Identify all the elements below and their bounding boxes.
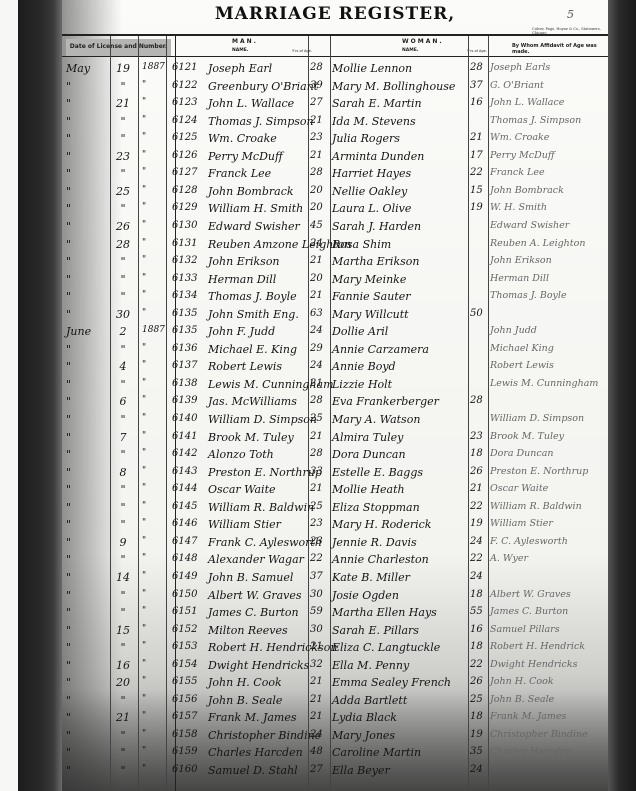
- man-name: Greenbury O'Briant: [176, 80, 318, 93]
- affidavit-by: Wm. Croake: [490, 132, 549, 143]
- entry-month: ": [66, 150, 106, 163]
- table-row: """6160Samuel D. Stahl27Ella Beyer24: [62, 762, 608, 780]
- woman-name: Kate B. Miller: [332, 571, 410, 584]
- entry-month: ": [66, 589, 106, 602]
- man-name: Herman Dill: [176, 273, 276, 286]
- entry-day: 16: [114, 659, 132, 672]
- man-name: Oscar Waite: [176, 483, 276, 496]
- entry-month: ": [66, 571, 106, 584]
- man-name: John Bombrack: [176, 185, 294, 198]
- man-age: 23: [310, 518, 330, 529]
- entry-day: ": [114, 729, 132, 742]
- entry-day: ": [114, 606, 132, 619]
- woman-name: Julia Rogers: [332, 132, 400, 145]
- table-row: """6153Robert H. Hendrickson21Eliza C. L…: [62, 639, 608, 657]
- entry-month: ": [66, 395, 106, 408]
- man-age: 28: [310, 395, 330, 406]
- affidavit-by: John Erikson: [490, 255, 552, 266]
- man-name: Albert W. Graves: [176, 589, 302, 602]
- entry-year: ": [142, 308, 166, 318]
- man-age: 32: [310, 659, 330, 670]
- entry-year: ": [142, 746, 166, 756]
- woman-age: 17: [470, 150, 490, 161]
- man-name: John L. Wallace: [176, 97, 294, 110]
- man-age: 25: [310, 501, 330, 512]
- table-row: "14"6149John B. Samuel37Kate B. Miller24: [62, 569, 608, 587]
- page-number-mark: 5: [567, 8, 574, 21]
- man-age: 24: [310, 238, 330, 249]
- entry-day: 25: [114, 185, 132, 198]
- entry-month: ": [66, 167, 106, 180]
- woman-age: 23: [470, 431, 490, 442]
- woman-name: Sarah J. Harden: [332, 220, 421, 233]
- man-name: William D. Simpson: [176, 413, 317, 426]
- man-age: 21: [310, 483, 330, 494]
- entry-day: ": [114, 483, 132, 496]
- entry-month: ": [66, 360, 106, 373]
- woman-name: Eliza Stoppman: [332, 501, 420, 514]
- man-age: 21: [310, 378, 330, 389]
- affidavit-by: Robert H. Hendrick: [490, 641, 585, 652]
- entry-year: 1887: [142, 325, 166, 335]
- man-age: 28: [310, 62, 330, 73]
- woman-name: Dora Duncan: [332, 448, 406, 461]
- entry-day: ": [114, 641, 132, 654]
- man-name: John B. Seale: [176, 694, 282, 707]
- table-row: """6151James C. Burton59Martha Ellen Hay…: [62, 604, 608, 622]
- woman-age: 55: [470, 606, 490, 617]
- entry-year: ": [142, 115, 166, 125]
- table-row: """6159Charles Harcden48Caroline Martin3…: [62, 744, 608, 762]
- entry-day: 8: [114, 466, 132, 479]
- man-age: 28: [310, 448, 330, 459]
- scan-right-edge: [608, 0, 636, 791]
- table-row: """6136Michael E. King29Annie CarzameraM…: [62, 341, 608, 359]
- man-age: 39: [310, 80, 330, 91]
- entry-year: ": [142, 676, 166, 686]
- entry-year: 1887: [142, 62, 166, 72]
- entry-year: ": [142, 413, 166, 423]
- entry-year: ": [142, 431, 166, 441]
- entry-day: ": [114, 378, 132, 391]
- man-name: James C. Burton: [176, 606, 299, 619]
- column-header-date: Date of License and Number.: [66, 39, 171, 56]
- woman-age: 21: [470, 483, 490, 494]
- man-age: 21: [310, 255, 330, 266]
- man-age: 22: [310, 553, 330, 564]
- man-name: John B. Samuel: [176, 571, 293, 584]
- entry-year: ": [142, 571, 166, 581]
- man-age: 48: [310, 746, 330, 757]
- table-row: """6129William H. Smith20Laura L. Olive1…: [62, 200, 608, 218]
- man-age: 24: [310, 360, 330, 371]
- affidavit-by: Reuben A. Leighton: [490, 238, 585, 249]
- entry-month: ": [66, 273, 106, 286]
- entry-year: ": [142, 518, 166, 528]
- affidavit-by: Thomas J. Simpson: [490, 115, 581, 126]
- entry-day: ": [114, 589, 132, 602]
- woman-name: Mary Meinke: [332, 273, 406, 286]
- affidavit-by: Albert W. Graves: [490, 589, 571, 600]
- woman-name: Mollie Lennon: [332, 62, 412, 75]
- table-row: "16"6154Dwight Hendricks32Ella M. Penny2…: [62, 657, 608, 675]
- affidavit-by: Joseph Earls: [490, 62, 550, 73]
- man-age: 37: [310, 571, 330, 582]
- affidavit-by: Herman Dill: [490, 273, 549, 284]
- woman-name: Mary A. Watson: [332, 413, 420, 426]
- man-age: 29: [310, 343, 330, 354]
- entry-day: ": [114, 764, 132, 777]
- man-age: 33: [310, 466, 330, 477]
- man-age: 21: [310, 676, 330, 687]
- entry-year: ": [142, 185, 166, 195]
- entry-year: ": [142, 641, 166, 651]
- woman-age: 24: [470, 536, 490, 547]
- man-name: Frank C. Aylesworth: [176, 536, 322, 549]
- header-rule-bottom: [62, 56, 608, 57]
- entry-day: 7: [114, 431, 132, 444]
- man-age: 21: [310, 711, 330, 722]
- man-name: Alonzo Toth: [176, 448, 274, 461]
- woman-age: 22: [470, 501, 490, 512]
- entry-day: ": [114, 290, 132, 303]
- table-row: "21"6123John L. Wallace27Sarah E. Martin…: [62, 95, 608, 113]
- column-header-man: MAN.: [232, 38, 258, 45]
- man-name: Robert Lewis: [176, 360, 282, 373]
- affidavit-by: Michael King: [490, 343, 554, 354]
- woman-name: Dollie Aril: [332, 325, 388, 338]
- column-header-affidavit: By Whom Affidavit of Age was made.: [512, 43, 608, 55]
- entry-month: ": [66, 606, 106, 619]
- man-age: 24: [310, 729, 330, 740]
- affidavit-by: William Stier: [490, 518, 553, 529]
- entry-year: ": [142, 343, 166, 353]
- man-name: Jas. McWilliams: [176, 395, 297, 408]
- entry-month: ": [66, 308, 106, 321]
- table-row: "7"6141Brook M. Tuley21Almira Tuley23Bro…: [62, 429, 608, 447]
- table-row: May1918876121Joseph Earl28Mollie Lennon2…: [62, 60, 608, 78]
- entry-year: ": [142, 729, 166, 739]
- woman-name: Arminta Dunden: [332, 150, 424, 163]
- table-row: """6127Franck Lee28Harriet Hayes22Franck…: [62, 165, 608, 183]
- man-name: Christopher Bindine: [176, 729, 321, 742]
- affidavit-by: Dwight Hendricks: [490, 659, 577, 670]
- entry-month: ": [66, 290, 106, 303]
- affidavit-by: A. Wyer: [490, 553, 528, 564]
- woman-name: Eliza C. Langtuckle: [332, 641, 440, 654]
- man-age: 27: [310, 97, 330, 108]
- woman-age: 18: [470, 589, 490, 600]
- table-row: "30"6135John Smith Eng.63Mary Willcutt50: [62, 306, 608, 324]
- entry-day: ": [114, 746, 132, 759]
- man-name: Edward Swisher: [176, 220, 300, 233]
- table-row: """6148Alexander Wagar22Annie Charleston…: [62, 551, 608, 569]
- man-name: Frank M. James: [176, 711, 297, 724]
- entry-month: ": [66, 343, 106, 356]
- entry-year: ": [142, 694, 166, 704]
- entry-year: ": [142, 589, 166, 599]
- man-age: 23: [310, 132, 330, 143]
- woman-name: Annie Carzamera: [332, 343, 429, 356]
- man-age: 30: [310, 624, 330, 635]
- table-row: """6125Wm. Croake23Julia Rogers21Wm. Cro…: [62, 130, 608, 148]
- entry-year: ": [142, 606, 166, 616]
- woman-name: Mollie Heath: [332, 483, 405, 496]
- man-age: 21: [310, 290, 330, 301]
- table-row: """6156John B. Seale21Adda Bartlett25Joh…: [62, 692, 608, 710]
- column-header-woman: WOMAN.: [402, 38, 444, 45]
- man-name: John Erikson: [176, 255, 280, 268]
- affidavit-by: Oscar Waite: [490, 483, 548, 494]
- table-row: """6150Albert W. Graves30Josie Ogden18Al…: [62, 587, 608, 605]
- affidavit-by: Perry McDuff: [490, 150, 555, 161]
- header-rule-top: [62, 34, 608, 36]
- table-row: """6145William R. Baldwin25Eliza Stoppma…: [62, 499, 608, 517]
- entry-day: ": [114, 518, 132, 531]
- entry-year: ": [142, 290, 166, 300]
- entry-month: May: [66, 62, 106, 75]
- woman-age: 19: [470, 202, 490, 213]
- table-row: "8"6143Preston E. Northrup33Estelle E. B…: [62, 464, 608, 482]
- affidavit-by: John B. Seale: [490, 694, 554, 705]
- affidavit-by: James C. Burton: [490, 606, 568, 617]
- man-age: 21: [310, 150, 330, 161]
- woman-name: Lizzie Holt: [332, 378, 392, 391]
- man-name: Samuel D. Stahl: [176, 764, 298, 777]
- woman-age: 28: [470, 62, 490, 73]
- entry-year: ": [142, 220, 166, 230]
- woman-name: Laura L. Olive: [332, 202, 411, 215]
- woman-name: Annie Charleston: [332, 553, 429, 566]
- affidavit-by: Charles Harcden: [490, 746, 572, 757]
- table-row: "9"6147Frank C. Aylesworth23Jennie R. Da…: [62, 534, 608, 552]
- affidavit-by: W. H. Smith: [490, 202, 547, 213]
- entry-day: ": [114, 343, 132, 356]
- table-row: "4"6137Robert Lewis24Annie BoydRobert Le…: [62, 358, 608, 376]
- woman-name: Sarah E. Martin: [332, 97, 422, 110]
- man-name: Joseph Earl: [176, 62, 272, 75]
- entry-day: 9: [114, 536, 132, 549]
- entry-month: ": [66, 202, 106, 215]
- man-age: 45: [310, 220, 330, 231]
- entry-day: ": [114, 132, 132, 145]
- table-row: June218876135John F. Judd24Dollie ArilJo…: [62, 323, 608, 341]
- woman-name: Ella M. Penny: [332, 659, 409, 672]
- table-row: "20"6155John H. Cook21Emma Sealey French…: [62, 674, 608, 692]
- woman-name: Caroline Martin: [332, 746, 421, 759]
- woman-name: Sarah E. Pillars: [332, 624, 419, 637]
- man-age: 28: [310, 167, 330, 178]
- entry-year: ": [142, 132, 166, 142]
- affidavit-by: John Bombrack: [490, 185, 564, 196]
- woman-name: Nellie Oakley: [332, 185, 407, 198]
- man-age: 59: [310, 606, 330, 617]
- affidavit-by: Dora Duncan: [490, 448, 554, 459]
- entry-day: 15: [114, 624, 132, 637]
- entry-year: ": [142, 501, 166, 511]
- entry-year: ": [142, 167, 166, 177]
- table-row: """6142Alonzo Toth28Dora Duncan18Dora Du…: [62, 446, 608, 464]
- man-name: Thomas J. Boyle: [176, 290, 297, 303]
- woman-name: Martha Ellen Hays: [332, 606, 437, 619]
- entry-month: ": [66, 220, 106, 233]
- entry-month: ": [66, 238, 106, 251]
- woman-age: 24: [470, 571, 490, 582]
- entry-year: ": [142, 483, 166, 493]
- woman-name: Martha Erikson: [332, 255, 419, 268]
- book-binding: [18, 0, 62, 791]
- entry-year: ": [142, 624, 166, 634]
- woman-name: Mary Jones: [332, 729, 395, 742]
- entry-month: ": [66, 659, 106, 672]
- woman-age: 28: [470, 395, 490, 406]
- table-row: "15"6152Milton Reeves30Sarah E. Pillars1…: [62, 622, 608, 640]
- entry-month: ": [66, 413, 106, 426]
- entry-year: ": [142, 378, 166, 388]
- affidavit-by: Samuel Pillars: [490, 624, 560, 635]
- entry-year: ": [142, 395, 166, 405]
- entry-month: ": [66, 746, 106, 759]
- man-name: William R. Baldwin: [176, 501, 314, 514]
- column-header-man-name: NAME.: [232, 48, 249, 53]
- woman-name: Almira Tuley: [332, 431, 403, 444]
- man-age: 27: [310, 764, 330, 775]
- entry-month: ": [66, 115, 106, 128]
- affidavit-by: John Judd: [490, 325, 537, 336]
- man-age: 21: [310, 641, 330, 652]
- affidavit-by: John L. Wallace: [490, 97, 564, 108]
- table-row: """6134Thomas J. Boyle21Fannie SauterTho…: [62, 288, 608, 306]
- entry-year: ": [142, 536, 166, 546]
- woman-name: Annie Boyd: [332, 360, 396, 373]
- woman-name: Josie Ogden: [332, 589, 399, 602]
- woman-age: 16: [470, 624, 490, 635]
- woman-age: 18: [470, 448, 490, 459]
- entry-year: ": [142, 80, 166, 90]
- entry-year: ": [142, 659, 166, 669]
- woman-age: 24: [470, 764, 490, 775]
- table-row: """6140William D. Simpson25Mary A. Watso…: [62, 411, 608, 429]
- man-age: 21: [310, 115, 330, 126]
- entry-year: ": [142, 466, 166, 476]
- entry-day: 19: [114, 62, 132, 75]
- affidavit-by: Preston E. Northrup: [490, 466, 588, 477]
- entry-month: ": [66, 80, 106, 93]
- entry-month: ": [66, 378, 106, 391]
- man-age: 21: [310, 431, 330, 442]
- woman-age: 15: [470, 185, 490, 196]
- column-header-woman-name: NAME.: [402, 48, 419, 53]
- table-row: "21"6157Frank M. James21Lydia Black18Fra…: [62, 709, 608, 727]
- woman-age: 26: [470, 466, 490, 477]
- entry-day: ": [114, 255, 132, 268]
- woman-age: 26: [470, 676, 490, 687]
- man-name: Milton Reeves: [176, 624, 288, 637]
- man-name: Franck Lee: [176, 167, 271, 180]
- entry-day: 4: [114, 360, 132, 373]
- table-row: """6158Christopher Bindine24Mary Jones19…: [62, 727, 608, 745]
- man-age: 25: [310, 413, 330, 424]
- man-name: Brook M. Tuley: [176, 431, 294, 444]
- entry-day: ": [114, 167, 132, 180]
- man-name: Perry McDuff: [176, 150, 283, 163]
- man-age: 23: [310, 536, 330, 547]
- entry-day: 28: [114, 238, 132, 251]
- affidavit-by: Frank M. James: [490, 711, 566, 722]
- entry-day: 2: [114, 325, 132, 338]
- entry-month: June: [66, 325, 106, 338]
- entry-month: ": [66, 624, 106, 637]
- entry-month: ": [66, 553, 106, 566]
- entry-day: 6: [114, 395, 132, 408]
- woman-name: Rosa Shim: [332, 238, 391, 251]
- man-name: John H. Cook: [176, 676, 282, 689]
- table-row: """6146William Stier23Mary H. Roderick19…: [62, 516, 608, 534]
- table-row: """6144Oscar Waite21Mollie Heath21Oscar …: [62, 481, 608, 499]
- man-age: 24: [310, 325, 330, 336]
- affidavit-by: F. C. Aylesworth: [490, 536, 568, 547]
- man-name: William H. Smith: [176, 202, 303, 215]
- affidavit-by: Christopher Bindine: [490, 729, 588, 740]
- woman-age: 21: [470, 132, 490, 143]
- column-header-woman-age: Y'rs of Age.: [467, 49, 487, 53]
- entry-day: ": [114, 202, 132, 215]
- table-row: "28"6131Reuben Amzone Leighton24Rosa Shi…: [62, 236, 608, 254]
- man-name: Preston E. Northrup: [176, 466, 322, 479]
- affidavit-by: William R. Baldwin: [490, 501, 582, 512]
- entry-year: ": [142, 360, 166, 370]
- table-row: "23"6126Perry McDuff21Arminta Dunden17Pe…: [62, 148, 608, 166]
- man-name: Thomas J. Simpson: [176, 115, 314, 128]
- affidavit-by: Edward Swisher: [490, 220, 569, 231]
- man-age: 21: [310, 694, 330, 705]
- woman-age: 35: [470, 746, 490, 757]
- entry-day: ": [114, 553, 132, 566]
- entry-year: ": [142, 711, 166, 721]
- woman-name: Fannie Sauter: [332, 290, 411, 303]
- affidavit-by: John H. Cook: [490, 676, 554, 687]
- man-age: 63: [310, 308, 330, 319]
- affidavit-by: Franck Lee: [490, 167, 545, 178]
- affidavit-by: Lewis M. Cunningham: [490, 378, 598, 389]
- man-age: 20: [310, 273, 330, 284]
- entry-year: ": [142, 273, 166, 283]
- entry-year: ": [142, 202, 166, 212]
- entry-month: ": [66, 431, 106, 444]
- table-row: """6132John Erikson21Martha EriksonJohn …: [62, 253, 608, 271]
- entry-month: ": [66, 641, 106, 654]
- woman-name: Eva Frankerberger: [332, 395, 439, 408]
- man-age: 20: [310, 185, 330, 196]
- page-title: MARRIAGE REGISTER,: [62, 4, 608, 24]
- affidavit-by: William D. Simpson: [490, 413, 584, 424]
- entry-month: ": [66, 729, 106, 742]
- entry-day: 30: [114, 308, 132, 321]
- entry-month: ": [66, 483, 106, 496]
- woman-age: 25: [470, 694, 490, 705]
- entry-day: 14: [114, 571, 132, 584]
- entry-month: ": [66, 255, 106, 268]
- affidavit-by: Brook M. Tuley: [490, 431, 564, 442]
- woman-age: 50: [470, 308, 490, 319]
- entry-day: ": [114, 115, 132, 128]
- woman-age: 18: [470, 711, 490, 722]
- woman-age: 19: [470, 518, 490, 529]
- woman-name: Jennie R. Davis: [332, 536, 417, 549]
- table-row: """6124Thomas J. Simpson21Ida M. Stevens…: [62, 113, 608, 131]
- entry-day: 20: [114, 676, 132, 689]
- woman-age: 22: [470, 553, 490, 564]
